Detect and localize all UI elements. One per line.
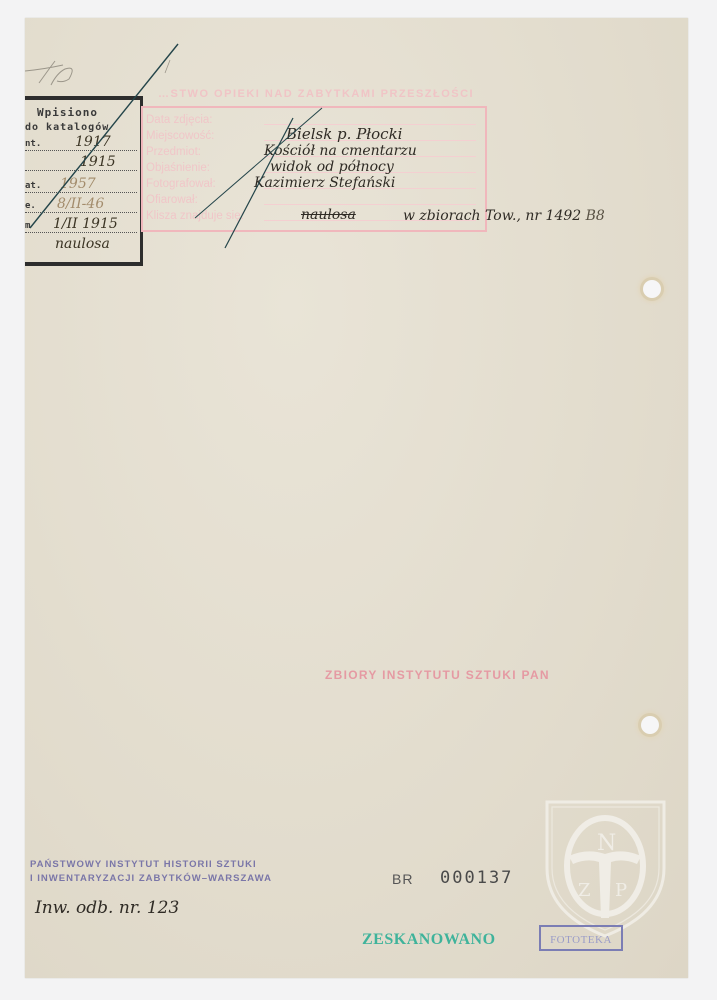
catalog-row: nt. 1917 [25, 134, 137, 151]
photo-record-stamp: …STWO OPIEKI NAD ZABYTKAMI PRZESZŁOŚCI D… [138, 88, 488, 233]
photo-stamp-heading: …STWO OPIEKI NAD ZABYTKAMI PRZESZŁOŚCI [158, 88, 474, 100]
catalog-stamp: Wpisiono do katalogów nt. 1917 1915 at. … [25, 96, 143, 266]
scanned-stamp: ZESKANOWANO [362, 931, 496, 949]
pencil-mark [25, 53, 85, 93]
field-ofiarowal: Ofiarował: [146, 192, 476, 207]
punch-hole [641, 716, 659, 734]
catalog-stamp-subtitle: do katalogów [25, 122, 109, 133]
inventory-note: Inw. odb. nr. 123 [35, 898, 179, 918]
catalog-stamp-title: Wpisiono [37, 106, 98, 119]
pihs-stamp: PAŃSTWOWY INSTYTUT HISTORII SZTUKI I INW… [30, 858, 272, 886]
archive-card: Wpisiono do katalogów nt. 1917 1915 at. … [25, 18, 688, 978]
institute-collection-stamp: ZBIORY INSTYTUTU SZTUKI PAN [325, 668, 550, 682]
svg-text:N: N [597, 831, 616, 856]
ntzp-watermark-icon: N Z P [543, 798, 668, 938]
punch-hole [643, 280, 661, 298]
field-klisza: Klisza znajduje się: naulosa w zbiorach … [146, 208, 646, 223]
field-fotografowal: Fotografował: Kazimierz Stefański [146, 176, 476, 191]
field-przedmiot: Przedmiot: Kościół na cmentarzu [146, 144, 476, 159]
reference-number: 000137 [440, 868, 513, 888]
catalog-row: 1915 [25, 154, 137, 171]
fototeka-stamp: FOTOTEKA [539, 925, 623, 951]
catalog-row: at. 1957 [25, 176, 137, 193]
svg-text:P: P [615, 880, 627, 901]
klisza-location: w zbiorach Tow., nr 1492 B8 [403, 208, 605, 224]
field-miejscowosc: Miejscowość: Bielsk p. Płocki [146, 128, 476, 143]
catalog-row: naulosa [25, 236, 137, 252]
reference-prefix: BR [392, 871, 413, 887]
catalog-row: m 1/II 1915 [25, 216, 137, 233]
field-objasnienie: Objaśnienie: widok od północy [146, 160, 476, 175]
catalog-row: e. 8/II-46 [25, 196, 137, 213]
svg-text:Z: Z [578, 880, 591, 901]
